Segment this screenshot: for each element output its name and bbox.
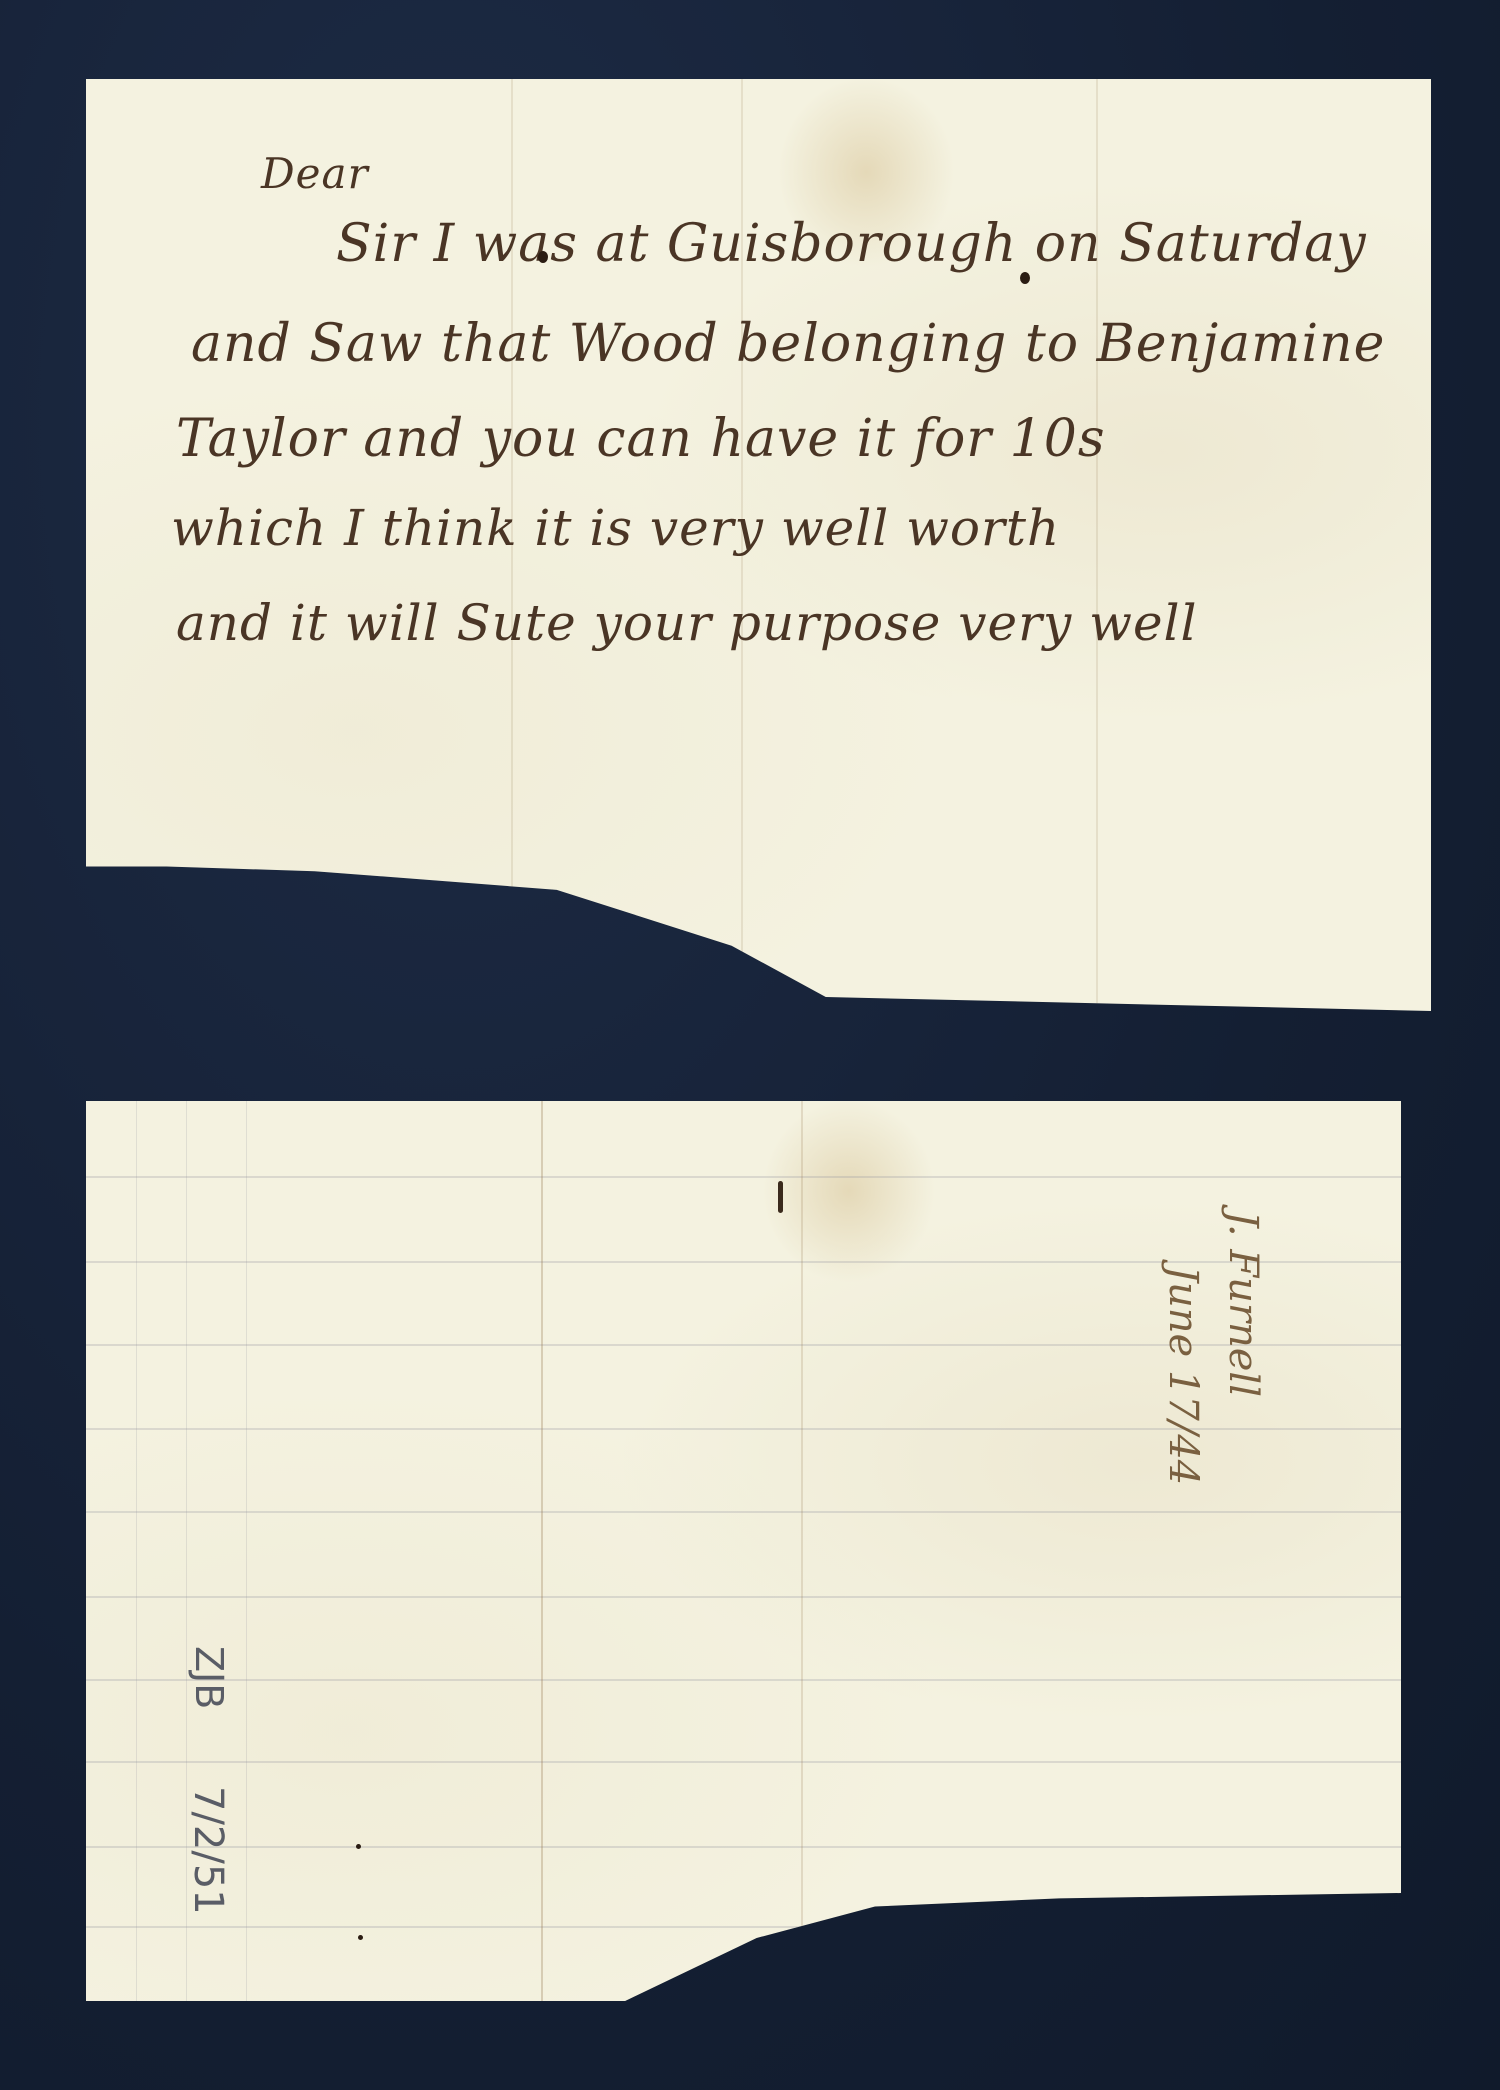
salutation: Dear	[261, 149, 369, 198]
letter-line-1: Sir I was at Guisborough on Saturday	[336, 214, 1367, 274]
letter-line-4: which I think it is very well worth	[171, 499, 1060, 557]
ruled-line	[86, 1846, 1401, 1848]
ink-mark	[778, 1181, 783, 1213]
docket-date: June 17/44	[1160, 1266, 1206, 1485]
docket-name: J. Furnell	[1220, 1211, 1266, 1397]
ink-spot	[1020, 272, 1030, 284]
ink-spot	[358, 1935, 363, 1940]
ruled-line	[86, 1176, 1401, 1178]
letter-line-3: Taylor and you can have it for 10s	[176, 409, 1106, 469]
ruled-line	[86, 1596, 1401, 1598]
ruled-line	[86, 1761, 1401, 1763]
ruled-column	[246, 1101, 247, 2001]
ruled-line	[86, 1261, 1401, 1263]
ruled-line	[86, 1679, 1401, 1681]
letter-back-page: J. Furnell June 17/44 ZJB 7/2/51	[86, 1101, 1401, 2001]
ruled-column	[136, 1101, 137, 2001]
letter-line-2: and Saw that Wood belonging to Benjamine	[191, 314, 1385, 374]
letter-line-5: and it will Sute your purpose very well	[176, 594, 1198, 652]
letter-front-page: Dear Sir I was at Guisborough on Saturda…	[86, 79, 1431, 1011]
fold-crease	[541, 1101, 543, 2001]
pencil-date: 7/2/51	[185, 1786, 231, 1915]
pencil-initials: ZJB	[187, 1646, 231, 1709]
ruled-line	[86, 1511, 1401, 1513]
ink-spot	[538, 251, 548, 263]
fold-crease	[801, 1101, 803, 2001]
ink-spot	[356, 1844, 361, 1849]
ruled-line	[86, 1926, 1401, 1928]
